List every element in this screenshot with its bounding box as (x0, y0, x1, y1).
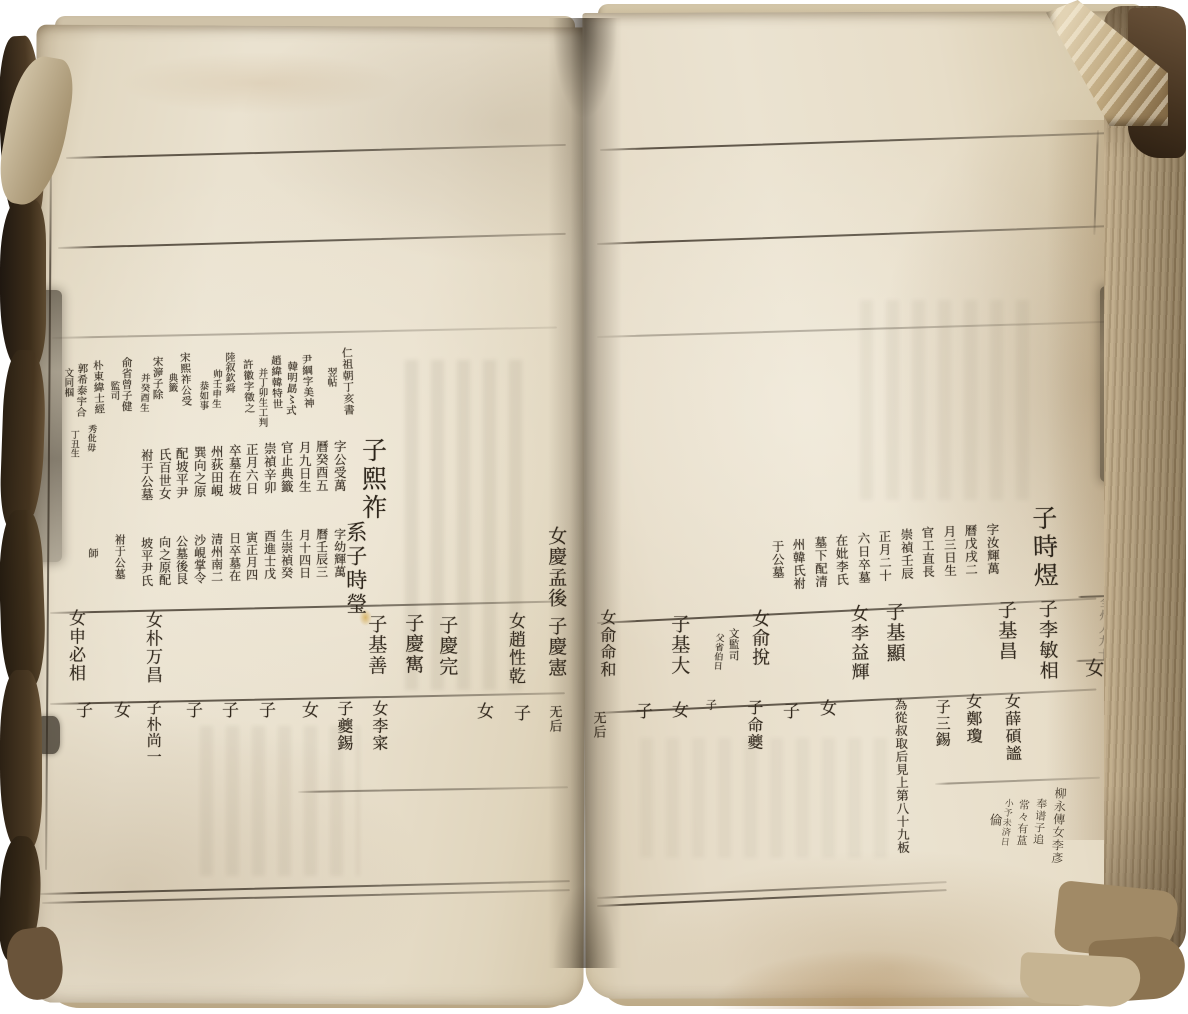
biography-column: 字汝輝萬 (984, 523, 1001, 575)
spine-tatter (0, 509, 47, 690)
child-name-column: 女俞命和 (598, 609, 616, 678)
exam-cohort-note: 并癸酉生 (136, 373, 150, 413)
grandchild-column: 女李寀 (370, 700, 388, 752)
biography-column: 崇禎辛卯 (261, 442, 277, 494)
grandchild-column: 女薛碩謐 (1002, 693, 1021, 762)
grandchild-column: 子 (72, 701, 91, 719)
exam-cohort-note: 丁丑生 (67, 430, 79, 458)
child-name-column: 女趙性乾 (505, 612, 524, 685)
handwritten-margin-note: 倫 (986, 812, 1003, 827)
exam-cohort-note: 許徽字徵之 (240, 359, 256, 414)
exam-cohort-note: 陸叙欽舜 (222, 352, 235, 394)
grandchild-column: 无后 (546, 705, 561, 733)
spine-tatter (0, 670, 42, 850)
grandchild-column: 子 (218, 701, 237, 719)
handwritten-margin-note: 常々有蒀 (1014, 799, 1030, 847)
biography-column: 日卒墓在 (226, 532, 242, 582)
biography-column: 月三日生 (941, 525, 958, 577)
exam-cohort-note: 宋㴑子除 (150, 356, 164, 400)
grandchild-column: 女 (298, 701, 317, 719)
exam-cohort-note: 仁祖朝丁亥書 (339, 347, 356, 416)
grandchild-column: 女鄭瓊 (964, 693, 983, 745)
grandchild-column: 子 (255, 701, 274, 719)
biography-column: 字公受萬 (331, 440, 347, 492)
handwritten-margin-note: 奉谱子追 (1031, 798, 1048, 846)
exam-cohort-note: 典籤 (165, 373, 177, 393)
biography-column: 月十四日 (296, 529, 312, 579)
biography-column: 曆癸酉五 (313, 440, 329, 492)
child-name-column: 女申必相 (65, 609, 84, 682)
entry-heading-right: 子時煜 (1028, 505, 1060, 591)
exam-cohort-note: 翌帖 (324, 367, 337, 388)
biography-column: 坡平尹氏 (138, 537, 154, 587)
grandchild-column: 女 (473, 702, 492, 720)
grandchild-column: 女 (110, 701, 129, 719)
biography-column: 向之原配 (156, 536, 172, 586)
child-name-column: 子慶憲 (545, 616, 566, 678)
biography-column: 曆壬辰三 (313, 528, 329, 578)
biography-column: 崇禎壬辰 (898, 528, 915, 580)
biography-column: 清州南二 (208, 533, 224, 583)
grandchild-column: 无后 (590, 711, 605, 739)
daughter-mark: 女 (1082, 658, 1103, 679)
daughter-entry: 女慶孟後 (545, 526, 566, 608)
exam-cohort-note: 尹綱字美神 (299, 354, 315, 409)
grandchild-column: 子命夔 (745, 699, 763, 751)
child-name-column: 子慶寯 (402, 613, 423, 675)
child-name-column: 子基昌 (994, 600, 1016, 662)
biography-column: 于公墓 (769, 540, 786, 579)
spine-tatter (0, 200, 46, 370)
biography-column: 公墓後艮 (173, 535, 189, 585)
exam-cohort-note: 帅壬申生 (208, 369, 222, 409)
biography-column: 官工直長 (919, 526, 936, 578)
exam-cohort-note: 秀仳毋 (83, 424, 96, 453)
genealogy-book-photo: 子熙祚 系子時瑩 女慶孟後 九十五 子時煜 女 為從叔取后見上第八十九板 全州人… (0, 0, 1188, 1014)
biography-column: 正月二十 (876, 530, 893, 582)
exam-cohort-note: 㳟如事 (196, 381, 208, 411)
entry-heading-father: 子熙祚 (358, 437, 388, 523)
biography-column: 生崇禎癸 (278, 529, 294, 579)
handwritten-margin-note: 柳永傳女李彥 (1049, 787, 1067, 865)
marriage-note: 文監司 (726, 628, 740, 661)
biography-column: 卒墓在坡 (226, 444, 242, 496)
grandchild-column: 子朴尚一 (145, 700, 162, 765)
child-name-column: 子李敏相 (1035, 599, 1058, 681)
biography-column: 配坡平尹 (173, 447, 189, 499)
biography-column: 祔于公墓 (138, 449, 154, 501)
grandchild-column: 子三錫 (934, 699, 951, 748)
grandchild-column: 子 (182, 701, 201, 719)
exam-cohort-note: 朴東緯士經 (90, 360, 106, 415)
biography-column: 州韓氏祔 (790, 538, 807, 590)
exam-cohort-note: 韓明勗〻式 (283, 361, 299, 416)
grandchild-column: 女 (816, 699, 835, 717)
torn-page-fragment (1019, 952, 1141, 1008)
child-name-column: 子基大 (668, 614, 689, 676)
biography-column: 正月六日 (243, 443, 259, 495)
exam-cohort-note: 俞省曾子健 (119, 357, 133, 412)
biography-column: 月九日生 (296, 441, 312, 493)
grandchild-column: 子 (510, 704, 529, 722)
biography-column: 祔于公墓 (112, 534, 126, 580)
biography-column: 巽向之原 (191, 446, 207, 498)
biography-column: 氏百世女 (156, 448, 172, 500)
biography-column: 酉進士戊 (261, 530, 277, 580)
child-name-column: 子基善 (365, 614, 386, 676)
biography-column: 曆戊戌二 (962, 524, 979, 576)
child-name-column: 子基顯 (882, 602, 904, 664)
biography-column: 墓下配清 (812, 536, 829, 588)
child-name-column: 子慶完 (436, 615, 457, 677)
exam-cohort-note: 郭希泰宇合 (73, 363, 89, 418)
biography-column: 字幼輝萬 (331, 528, 347, 578)
grandchild-column: 子 (632, 702, 651, 720)
biography-column: 沙峴掌令 (191, 534, 207, 584)
biography-column: 寅正月四 (243, 531, 259, 581)
biography-column: 官止典籤 (278, 441, 294, 493)
exam-cohort-note: 監司 (107, 381, 119, 401)
reference-note: 為從叔取后見上第八十九板 (892, 698, 911, 854)
grandchild-column: 子 (704, 699, 716, 711)
biography-column: 在妣李氏 (833, 534, 850, 586)
biography-column: 州荻田峴 (208, 445, 224, 497)
exam-cohort-note: 文同椢 (61, 368, 73, 398)
exam-cohort-note: 趙緯韓特世 (268, 355, 284, 410)
child-name-column: 女俞挩 (749, 609, 769, 667)
child-name-column: 女李益輝 (847, 604, 869, 682)
grandchild-column: 子 (779, 702, 798, 720)
biography-column: 師 (85, 548, 98, 558)
grandchild-column: 女 (668, 701, 687, 719)
exam-cohort-note: 并丁卯生工判 (255, 368, 267, 427)
biography-column: 六日卒墓 (855, 532, 872, 584)
exam-cohort-note: 宋熙祚公受 (177, 352, 193, 407)
child-name-column: 女朴万昌 (142, 611, 161, 684)
text-layer: 子熙祚 系子時瑩 女慶孟後 九十五 子時煜 女 為從叔取后見上第八十九板 全州人… (0, 0, 1188, 1014)
marriage-note: 父省伯日 (710, 633, 724, 671)
grandchild-column: 子夔錫 (335, 700, 353, 752)
